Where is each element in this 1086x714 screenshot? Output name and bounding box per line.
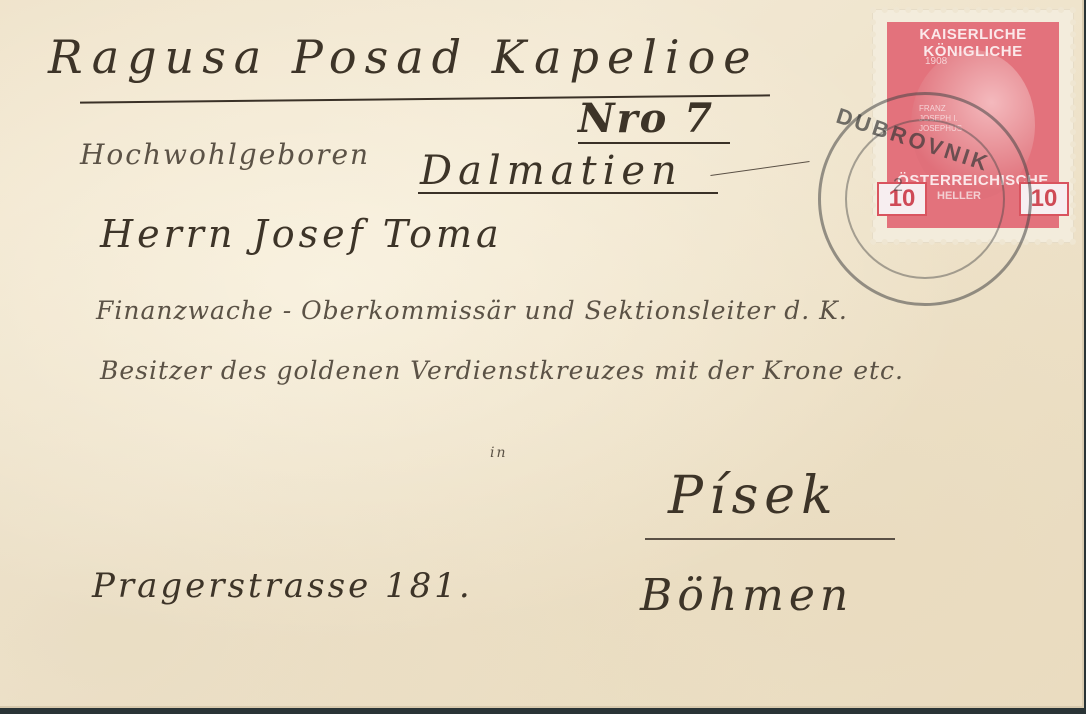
- destination-city: Písek: [668, 466, 839, 526]
- region: Dalmatien: [420, 148, 683, 194]
- stamp-inscription-line: JOSEPH I.: [919, 114, 962, 124]
- route-line: Ragusa Posad Kapelioe: [48, 30, 759, 84]
- recipient-title-line-1: Finanzwache - Oberkommissär und Sektions…: [96, 296, 848, 325]
- stamp-arc-top: KAISERLICHE KÖNIGLICHE: [887, 26, 1059, 60]
- region-underline: [418, 192, 718, 194]
- envelope: Ragusa Posad Kapelioe Nro 7 Hochwohlgebo…: [0, 0, 1084, 708]
- recipient-name: Herrn Josef Toma: [100, 212, 503, 256]
- stamp-inscription: FRANZ JOSEPH I. JOSEPHUS: [919, 104, 962, 134]
- destination-country: Böhmen: [640, 570, 853, 621]
- stamp-year: 1908: [925, 56, 947, 67]
- region-flourish: [710, 161, 809, 176]
- stamp-denomination: HELLER: [931, 190, 987, 202]
- stamp-inscription-line: FRANZ: [919, 104, 962, 114]
- item-number: Nro 7: [578, 95, 714, 142]
- stamp-value-left: 10: [877, 182, 927, 216]
- salutation: Hochwohlgeboren: [80, 138, 370, 171]
- stamp-inscription-line: JOSEPHUS: [919, 124, 962, 134]
- city-underline: [645, 538, 895, 540]
- in-marker: in: [490, 445, 508, 461]
- postage-stamp: KAISERLICHE KÖNIGLICHE 1908 FRANZ JOSEPH…: [873, 10, 1073, 242]
- item-number-underline: [578, 142, 730, 144]
- recipient-title-line-2: Besitzer des goldenen Verdienstkreuzes m…: [100, 356, 904, 385]
- stamp-value-right: 10: [1019, 182, 1069, 216]
- street-address: Pragerstrasse 181.: [92, 566, 473, 606]
